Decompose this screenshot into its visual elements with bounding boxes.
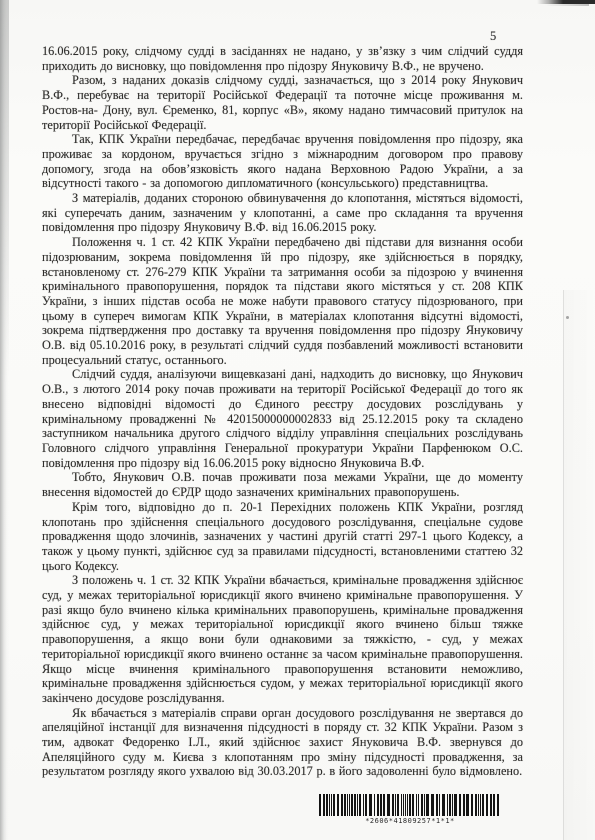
paragraph: Як вбачається з матеріалів справи орган …: [42, 706, 523, 780]
barcode-bars-icon: [309, 794, 511, 816]
paragraph: Положення ч. 1 ст. 42 КПК України передб…: [42, 235, 523, 367]
scan-speck: [566, 316, 569, 319]
paragraph: Так, КПК України передбачає, передбачає …: [42, 132, 523, 191]
paper-edge-right: [563, 290, 595, 840]
scanned-page: 5 16.06.2015 року, слідчому судді в засі…: [0, 0, 595, 840]
paragraph: Разом, з наданих доказів слідчому судді,…: [42, 73, 523, 132]
paragraph: Тобто, Янукович О.В. почав проживати поз…: [42, 470, 523, 499]
paragraph: З положень ч. 1 ст. 32 КПК України вбача…: [42, 573, 523, 705]
scan-edge-left: [0, 0, 9, 840]
document-body: 16.06.2015 року, слідчому судді в засіда…: [42, 44, 523, 779]
page-number: 5: [490, 29, 496, 44]
paragraph: Слідчий суддя, аналізуючи вищевказані да…: [42, 367, 523, 470]
scan-artifact-top-right: [537, 0, 595, 4]
paragraph: Крім того, відповідно до п. 20-1 Перехід…: [42, 500, 523, 574]
barcode: *2606*41809257*1*1*: [309, 794, 511, 825]
paragraph: 16.06.2015 року, слідчому судді в засіда…: [42, 44, 523, 73]
paragraph: З матеріалів, доданих стороною обвинувач…: [42, 191, 523, 235]
barcode-text: *2606*41809257*1*1*: [309, 817, 511, 825]
